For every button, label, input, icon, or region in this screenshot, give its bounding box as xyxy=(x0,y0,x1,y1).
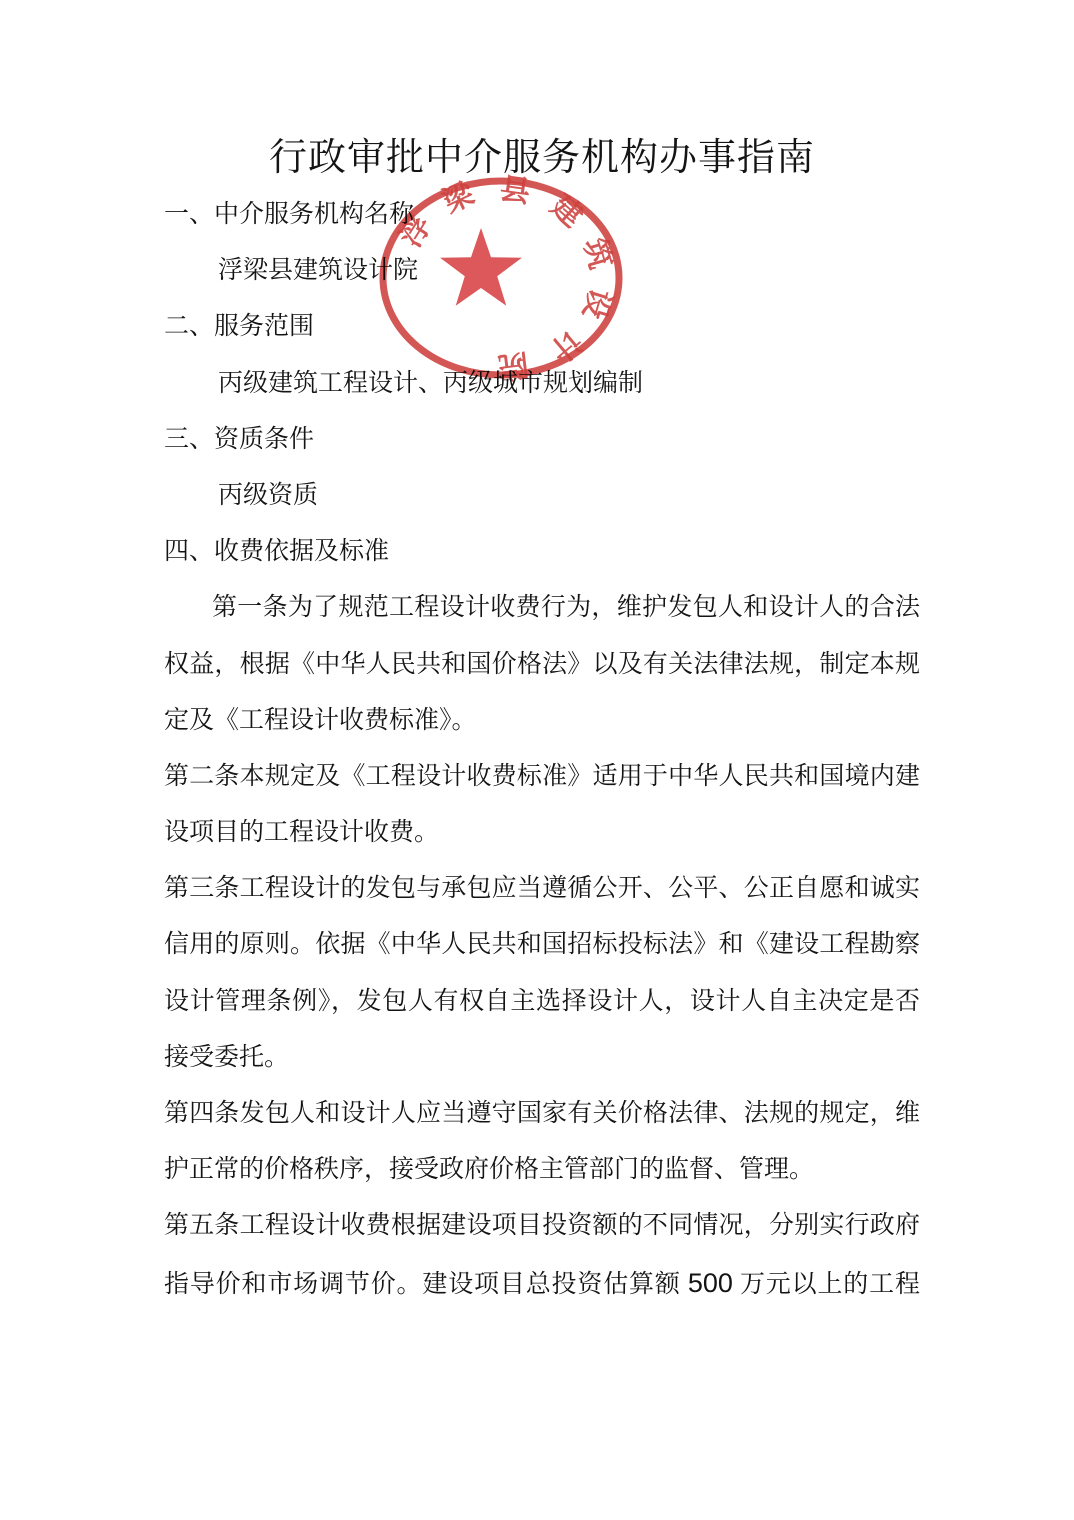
document-line: 定及《工程设计收费标准》。 xyxy=(164,693,920,749)
line-text: 指导价和市场调节价。建设项目总投资估算额 xyxy=(164,1271,688,1298)
document-title: 行政审批中介服务机构办事指南 xyxy=(164,129,920,187)
document-lines: 一、中介服务机构名称浮梁县建筑设计院二、服务范围丙级建筑工程设计、丙级城市规划编… xyxy=(164,187,920,1311)
document-line: 第四条发包人和设计人应当遵守国家有关价格法律、法规的规定，维 xyxy=(164,1086,920,1142)
document-body: 行政审批中介服务机构办事指南 一、中介服务机构名称浮梁县建筑设计院二、服务范围丙… xyxy=(164,129,920,1311)
document-line: 第三条工程设计的发包与承包应当遵循公开、公平、公正自愿和诚实 xyxy=(164,861,920,917)
document-line: 一、中介服务机构名称 xyxy=(164,187,920,243)
document-line: 四、收费依据及标准 xyxy=(164,524,920,580)
document-line: 第五条工程设计收费根据建设项目投资额的不同情况，分别实行政府 xyxy=(164,1198,920,1254)
document-line: 设项目的工程设计收费。 xyxy=(164,805,920,861)
document-line: 指导价和市场调节价。建设项目总投资估算额 500 万元以上的工程 xyxy=(164,1255,920,1311)
document-line: 权益，根据《中华人民共和国价格法》以及有关法律法规，制定本规 xyxy=(164,637,920,693)
document-line: 丙级资质 xyxy=(164,468,920,524)
document-page: 行政审批中介服务机构办事指南 一、中介服务机构名称浮梁县建筑设计院二、服务范围丙… xyxy=(0,0,1074,1520)
document-line: 第二条本规定及《工程设计收费标准》适用于中华人民共和国境内建 xyxy=(164,749,920,805)
document-line: 第一条为了规范工程设计收费行为，维护发包人和设计人的合法 xyxy=(164,580,920,636)
document-line: 丙级建筑工程设计、丙级城市规划编制 xyxy=(164,356,920,412)
document-line: 设计管理条例》，发包人有权自主选择设计人，设计人自主决定是否 xyxy=(164,974,920,1030)
document-line: 浮梁县建筑设计院 xyxy=(164,243,920,299)
document-line: 二、服务范围 xyxy=(164,299,920,355)
line-text: 万元以上的工程 xyxy=(733,1271,920,1298)
document-line: 信用的原则。依据《中华人民共和国招标投标法》和《建设工程勘察 xyxy=(164,917,920,973)
investment-amount: 500 xyxy=(688,1268,733,1298)
document-line: 护正常的价格秩序，接受政府价格主管部门的监督、管理。 xyxy=(164,1142,920,1198)
document-line: 三、资质条件 xyxy=(164,412,920,468)
document-line: 接受委托。 xyxy=(164,1030,920,1086)
